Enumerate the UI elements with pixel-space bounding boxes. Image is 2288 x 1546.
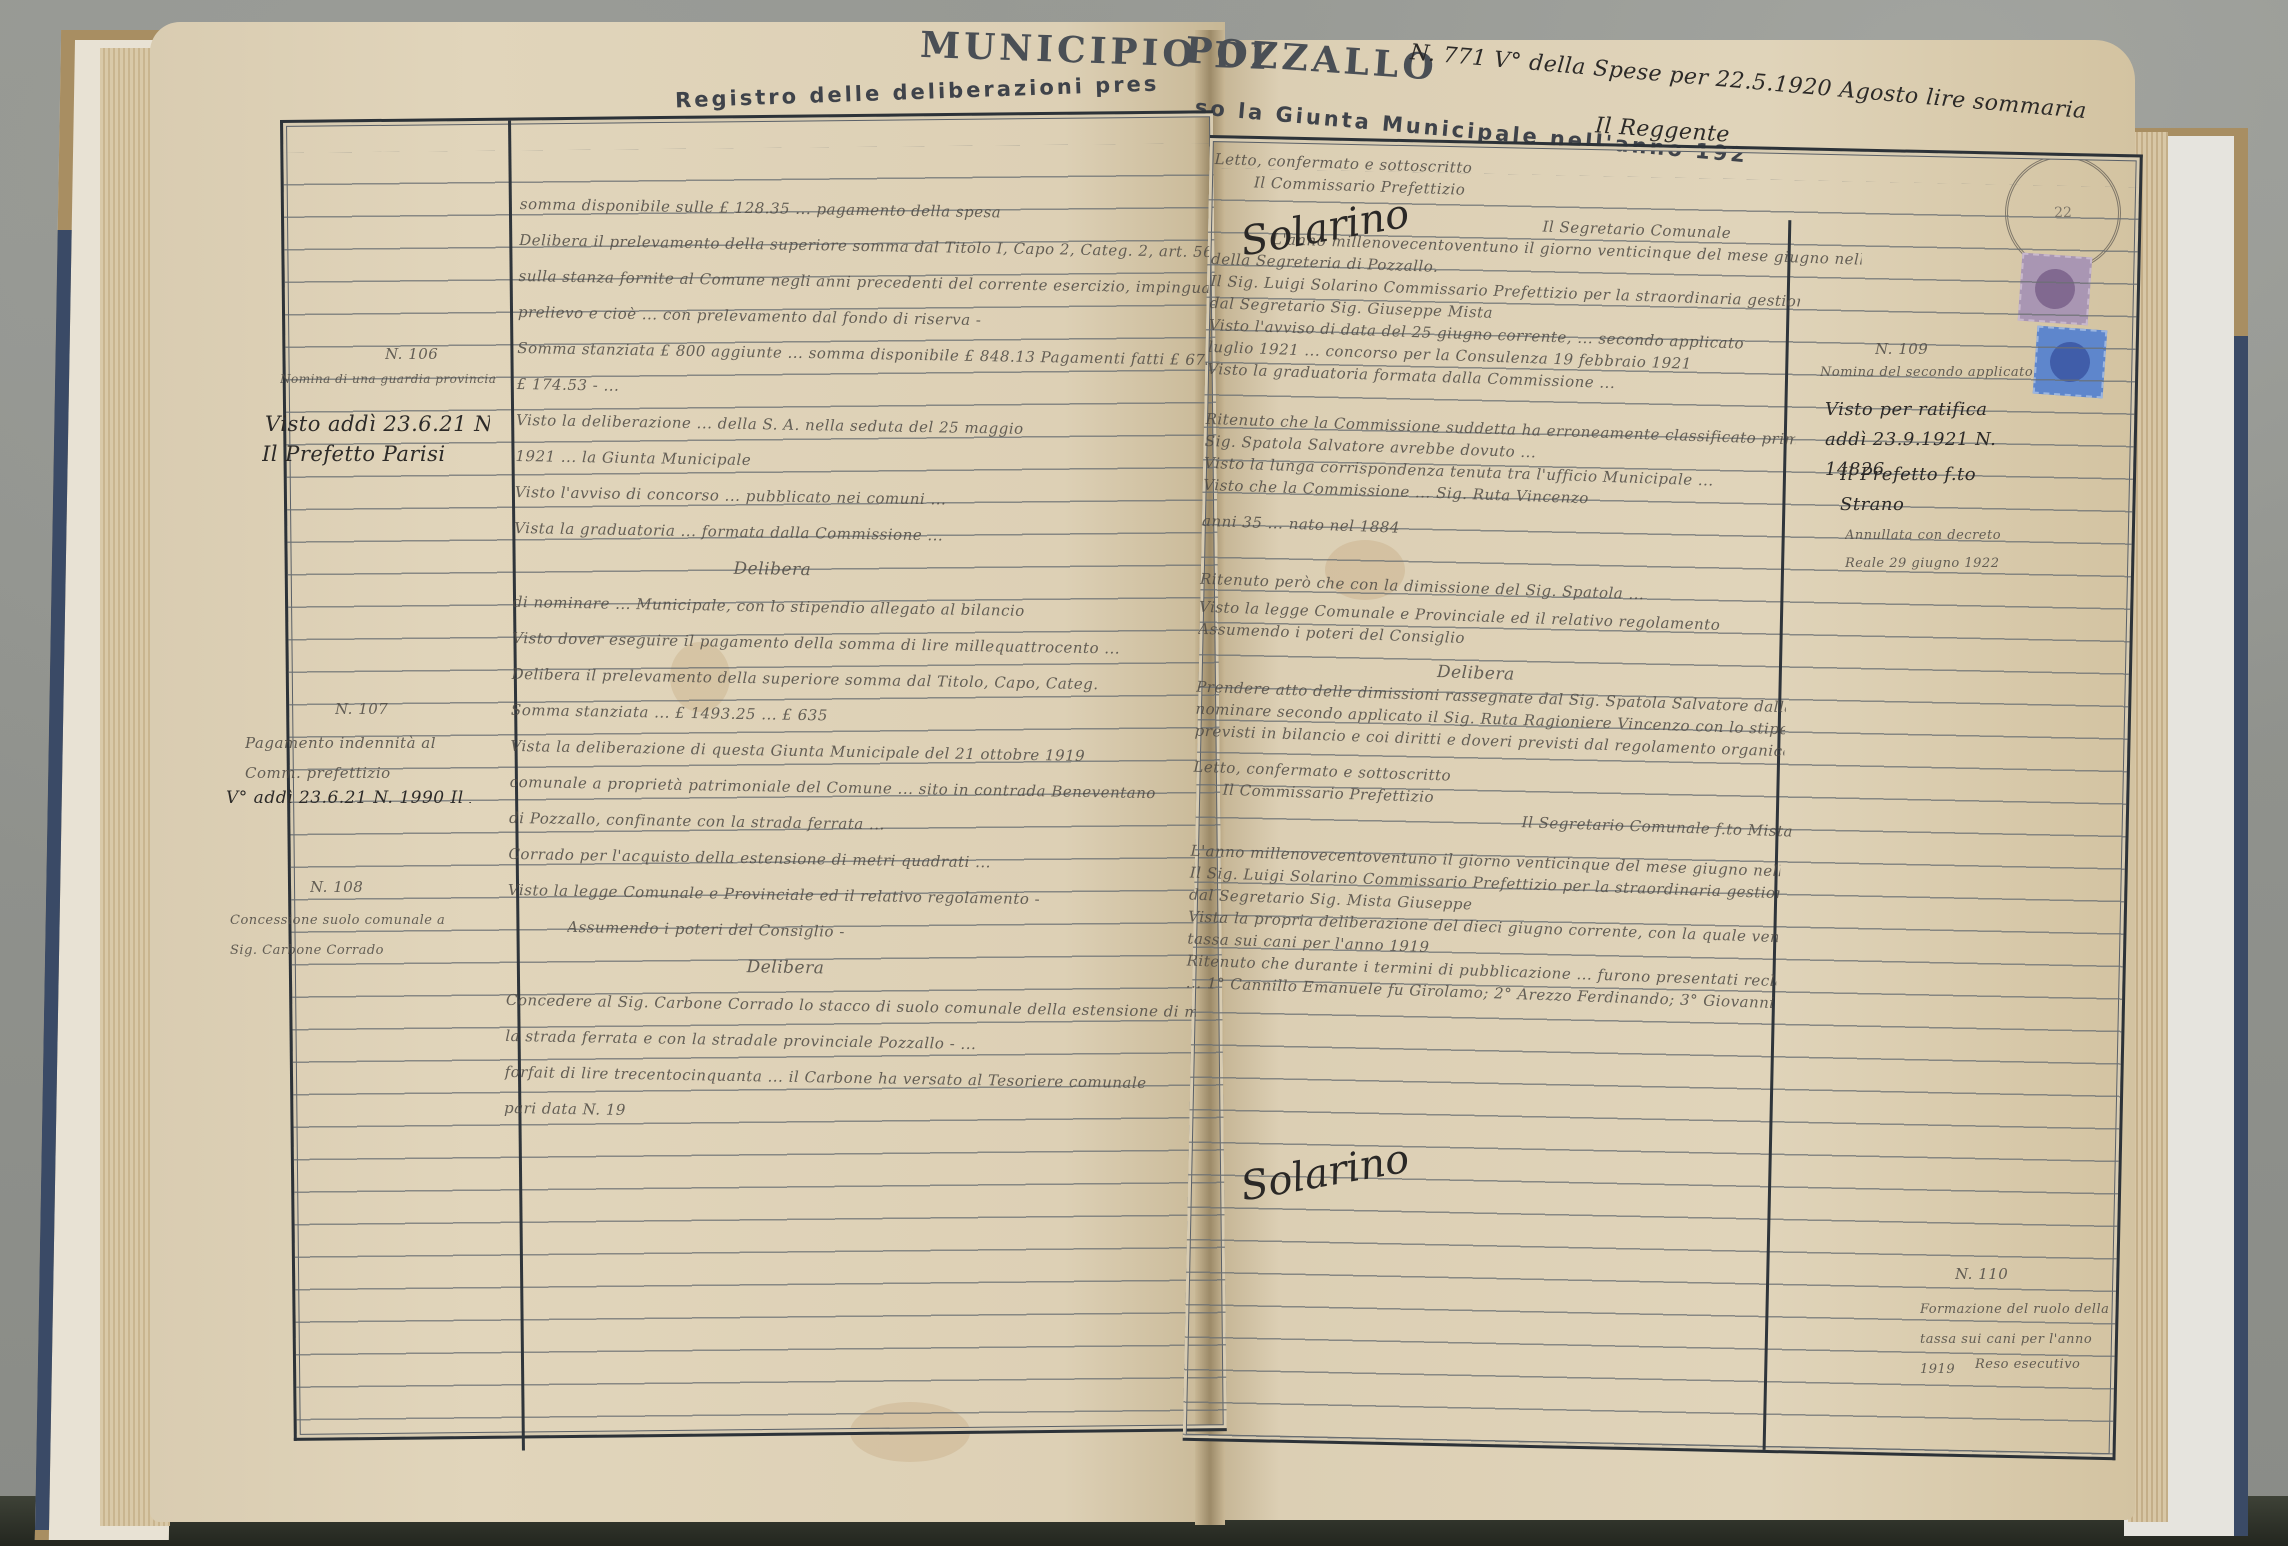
left-entry-107-subject: Pagamento indennità al Comm. prefettizio <box>245 728 475 788</box>
right-entry-109-subject: Nomina del secondo applicato <box>1820 365 2035 380</box>
left-entry-108-subject: Concessione suolo comunale a Sig. Carbon… <box>230 906 460 966</box>
left-entry-107-visa: V° addì 23.6.21 N. 1990 Il Pref. Parisi <box>226 788 471 808</box>
right-entry-109-number: N. 109 <box>1875 340 1928 358</box>
left-entry-106-number: N. 106 <box>385 345 438 363</box>
left-entry-107-number: N. 107 <box>335 700 388 718</box>
left-entry-106-visa: Visto addì 23.6.21 N. 1989 <box>265 412 490 436</box>
left-entry-108-number: N. 108 <box>310 878 363 896</box>
left-body-text: somma disponibile sulle £ 128.35 ... pag… <box>512 195 1210 679</box>
left-entry-106-subject: Nomina di una guardia provinciale <box>280 372 495 386</box>
right-entry-110-note: Reso esecutivo <box>1975 1357 2080 1372</box>
right-entry-109-note: Annullata con decreto Reale 29 giugno 19… <box>1845 522 2025 578</box>
left-entry-106-signature: Il Prefetto Parisi <box>262 442 446 466</box>
right-entry-110-number: N. 110 <box>1955 1265 2008 1283</box>
right-entry-109-signature: Il Prefetto f.to Strano <box>1840 460 2020 520</box>
